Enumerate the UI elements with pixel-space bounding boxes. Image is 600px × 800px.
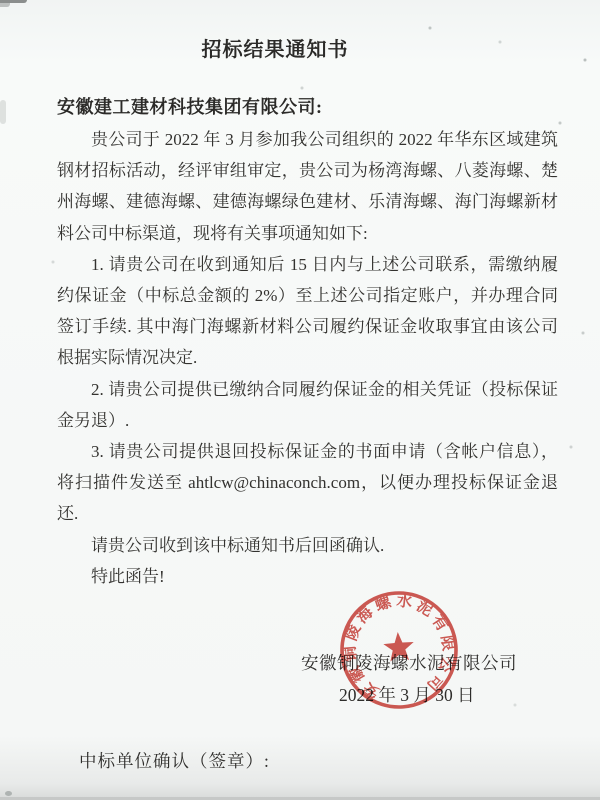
notice-item-2: 2. 请贵公司提供已缴纳合同履约保证金的相关凭证（投标保证金另退）. — [57, 374, 558, 436]
document-title: 招标结果通知书 — [200, 33, 350, 62]
winning-bidder-confirmation-line: 中标单位确认（签章）: — [79, 748, 270, 773]
scan-edge-artifact — [0, 3, 10, 7]
notice-item-1: 1. 请贵公司在收到通知后 15 日内与上述公司联系，需缴纳履约保证金（中标总金… — [57, 249, 558, 374]
recipient-company-line: 安徽建工建材科技集团有限公司: — [57, 93, 323, 119]
scan-speck — [5, 791, 12, 796]
scanned-notice-document: 招标结果通知书 安徽建工建材科技集团有限公司: 贵公司于 2022 年 3 月参… — [0, 0, 600, 800]
closing-line: 特此函告! — [57, 561, 558, 592]
intro-paragraph: 贵公司于 2022 年 3 月参加我公司组织的 2022 年华东区域建筑钢材招标… — [57, 124, 558, 249]
scan-edge-artifact — [0, 100, 6, 124]
seal-star-icon — [383, 631, 415, 662]
company-seal-stamp-icon: 安徽铜陵海螺水泥有限公司 — [334, 585, 464, 715]
confirmation-request-line: 请贵公司收到该中标通知书后回函确认. — [57, 530, 558, 561]
notice-item-3: 3. 请贵公司提供退回投标保证金的书面申请（含帐户信息），将扫描件发送至 aht… — [57, 436, 558, 530]
document-body: 贵公司于 2022 年 3 月参加我公司组织的 2022 年华东区域建筑钢材招标… — [57, 124, 558, 592]
scan-edge-artifact — [0, 0, 27, 3]
